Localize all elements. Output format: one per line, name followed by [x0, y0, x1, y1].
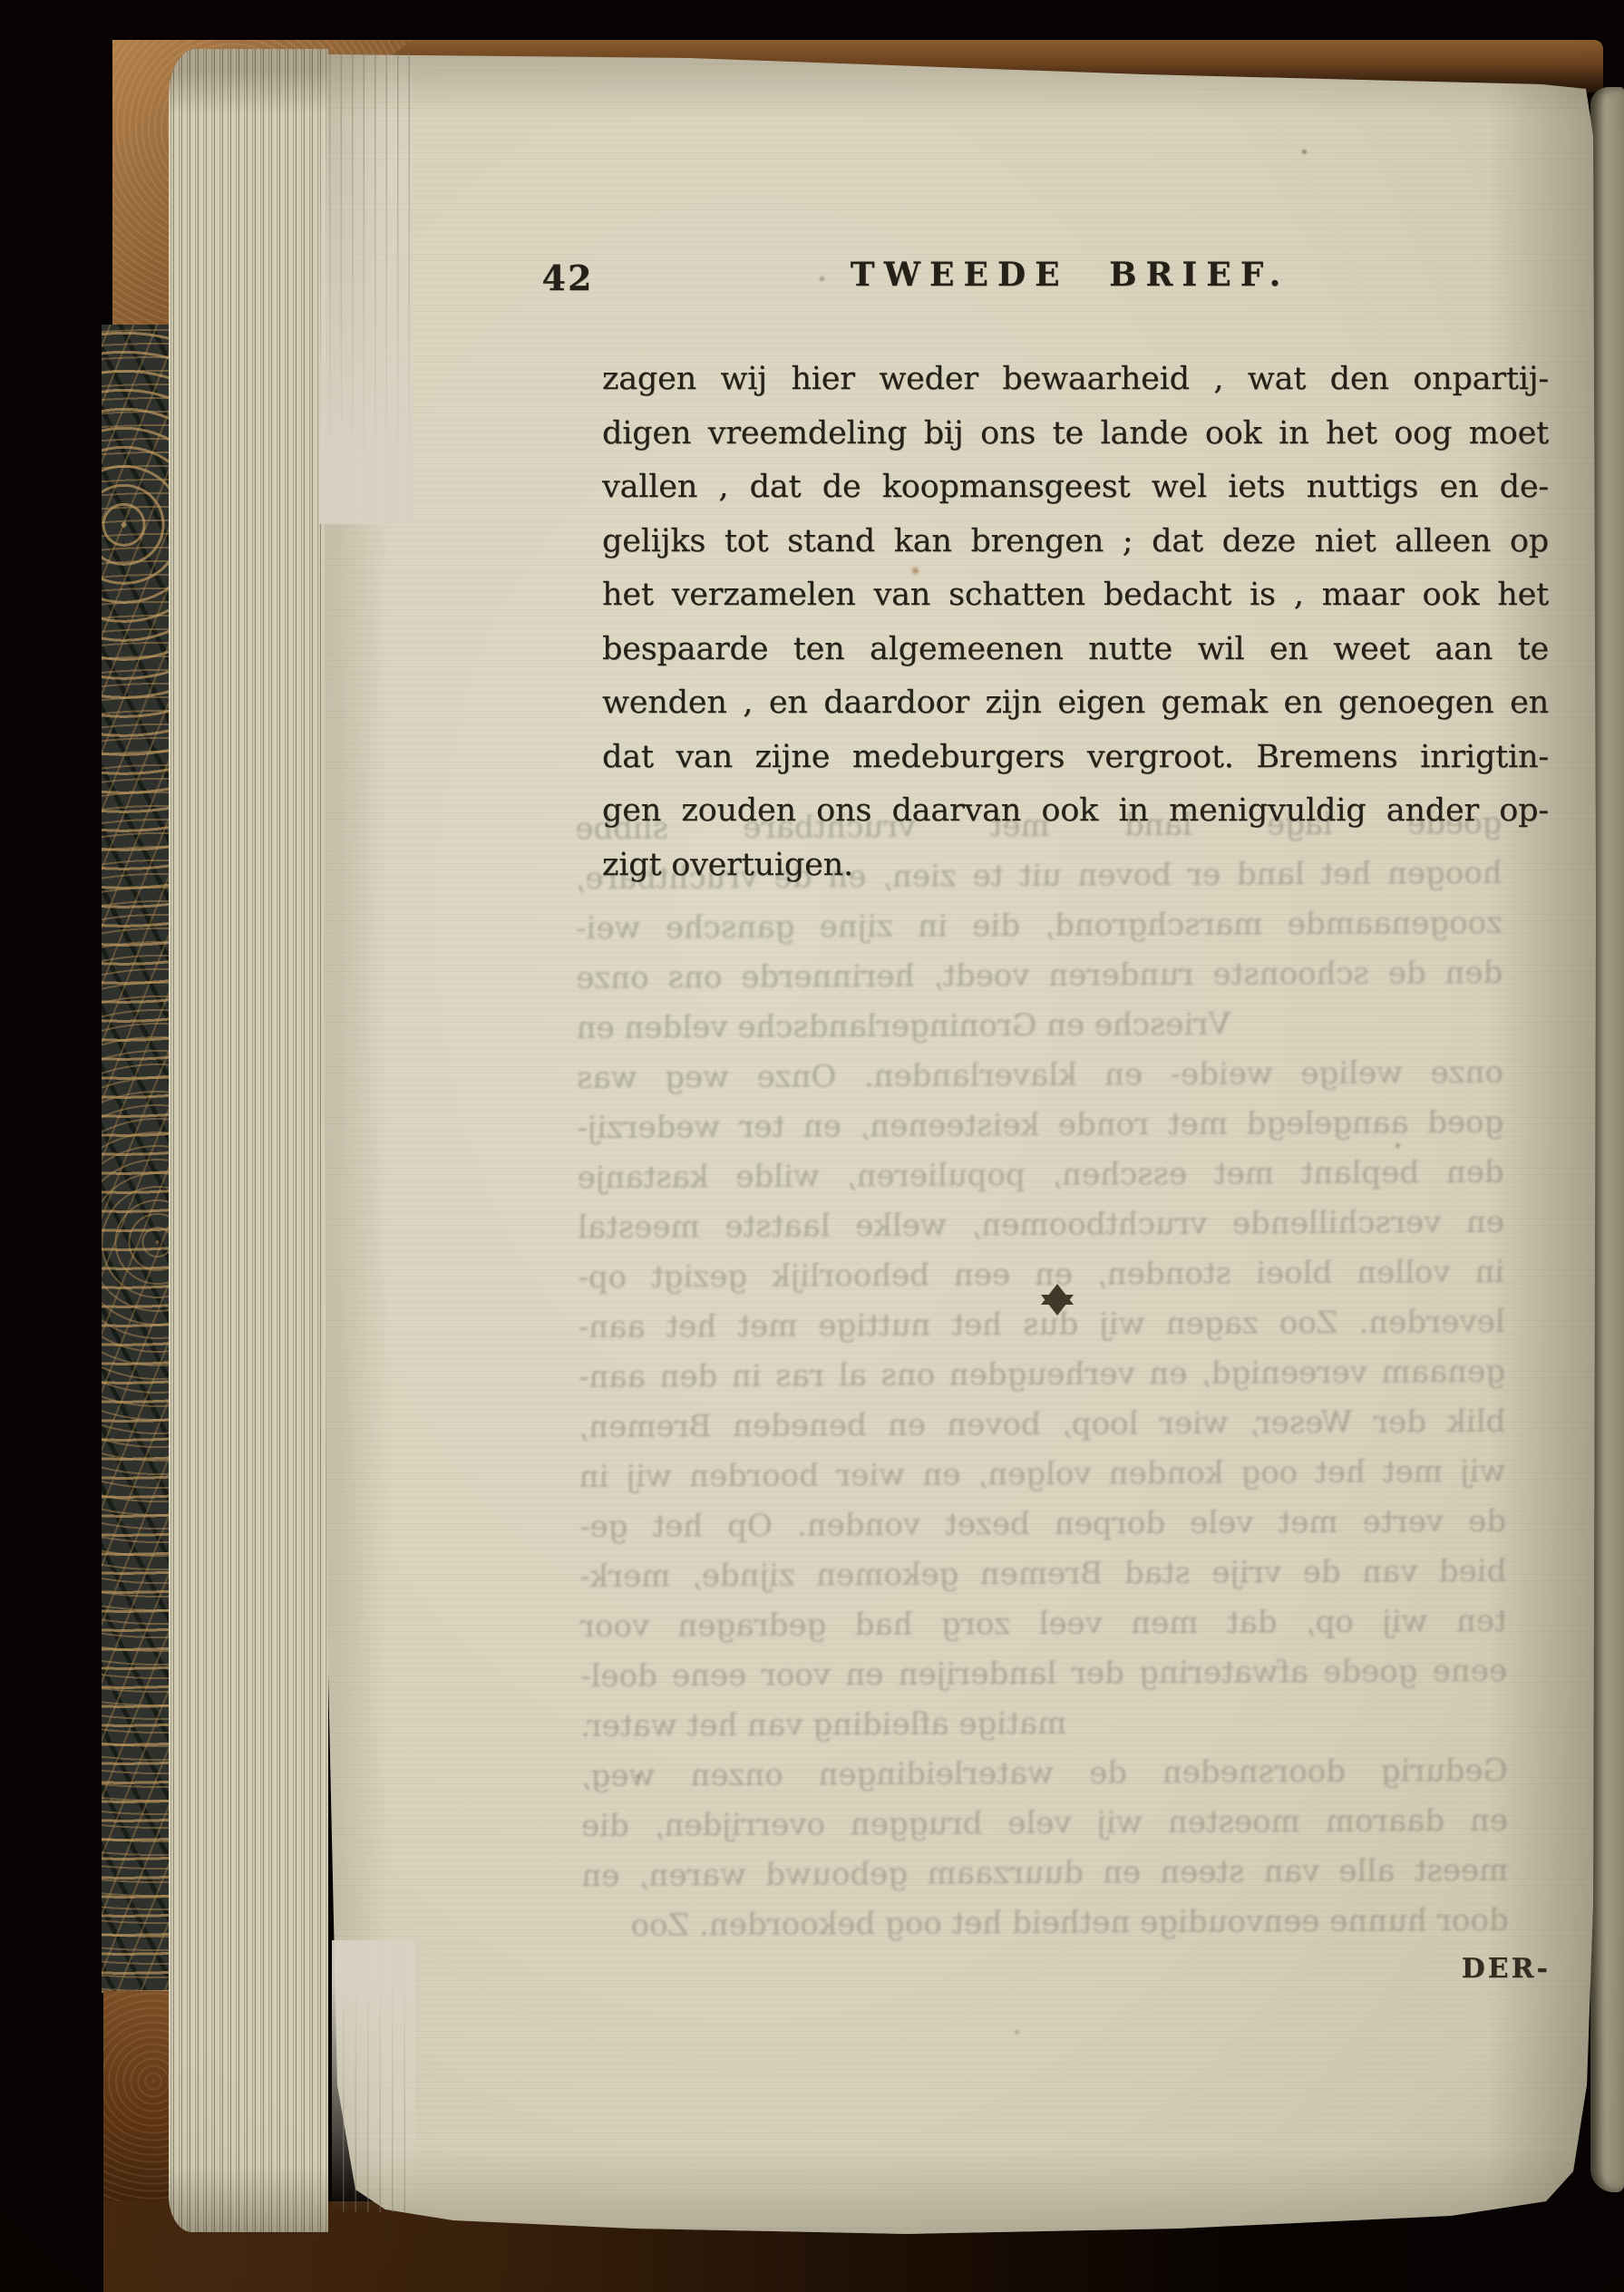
catchword: DER-	[1360, 1953, 1551, 1985]
bleed-line: Gedurig doorsneden de waterleidingen onz…	[581, 1746, 1508, 1802]
text-line: zagen wij hier weder bewaarheid , wat de…	[602, 353, 1549, 407]
bleed-line: meest alle van steen en duurzaam gebouwd…	[581, 1846, 1508, 1901]
bleed-line: den beplant met esschen, populieren, wil…	[577, 1148, 1503, 1203]
bleed-line: bied van de vrije stad Bremen gekomen zi…	[579, 1547, 1506, 1602]
bleed-line: de verte met vele dorpen bezet vonden. O…	[579, 1497, 1506, 1552]
paper-specks	[0, 0, 3, 3]
text-line: bespaarde ten algemeenen nutte wil en we…	[602, 623, 1549, 677]
bleed-line: wij met het oog konden volgen, en wier b…	[579, 1447, 1506, 1502]
bleed-line: en daarom moesten wij vele bruggen overr…	[581, 1796, 1508, 1851]
page-number: 42	[531, 257, 604, 298]
text-line: wenden , en daardoor zijn eigen gemak en…	[602, 676, 1549, 731]
bleed-line: Vriesche en Groningerlandsche velden en	[576, 998, 1502, 1054]
text-line: vallen , dat de koopmansgeest wel iets n…	[602, 461, 1549, 515]
section-break-star-icon: ✶	[1039, 1280, 1075, 1322]
text-line: zigt overtuigen.	[602, 839, 1549, 893]
running-head: TWEEDE BRIEF.	[798, 256, 1342, 294]
bleed-line: matige afleiding van het water.	[580, 1696, 1507, 1752]
bleed-line: zoogenaamde marschgrond, die in zijne ga…	[576, 898, 1502, 954]
book-scan: goede lage land met vruchtbare slibbe ho…	[0, 0, 1624, 2292]
bleed-line: den de schoonste runderen voedt, herinne…	[576, 948, 1502, 1004]
bleed-line: door hunne eenvoudige netheid het oog be…	[582, 1896, 1509, 1951]
bleed-line: genaam vereenigd, en verheugden ons al r…	[579, 1347, 1505, 1403]
bleed-line: goed aangelegd met ronde keisteenen, en …	[577, 1098, 1503, 1153]
text-line: dat van zijne medeburgers vergroot. Brem…	[602, 731, 1549, 785]
bleed-line: blik der Weser, wier loop, boven en bene…	[579, 1397, 1505, 1452]
bleed-line: ten wij op, dat men veel zorg had gedrag…	[580, 1597, 1507, 1652]
text-line: gen zouden ons daarvan ook in menigvuldi…	[602, 784, 1549, 839]
text-line: gelijks tot stand kan brengen ; dat deze…	[602, 515, 1549, 569]
bleed-line: en verschillende vruchtboomen, welke laa…	[578, 1198, 1504, 1253]
bleed-line: onze welige weide- en klaverlanden. Onze…	[577, 1048, 1503, 1103]
page-content: goede lage land met vruchtbare slibbe ho…	[0, 0, 1624, 2292]
bleedthrough-text: goede lage land met vruchtbare slibbe ho…	[575, 799, 1509, 1951]
body-paragraph: zagen wij hier weder bewaarheid , wat de…	[602, 353, 1549, 892]
bleed-line: eene goede afwatering der landerijen en …	[580, 1646, 1507, 1702]
text-line: digen vreemdeling bij ons te lande ook i…	[602, 407, 1549, 461]
text-line: het verzamelen van schatten bedacht is ,…	[602, 568, 1549, 623]
